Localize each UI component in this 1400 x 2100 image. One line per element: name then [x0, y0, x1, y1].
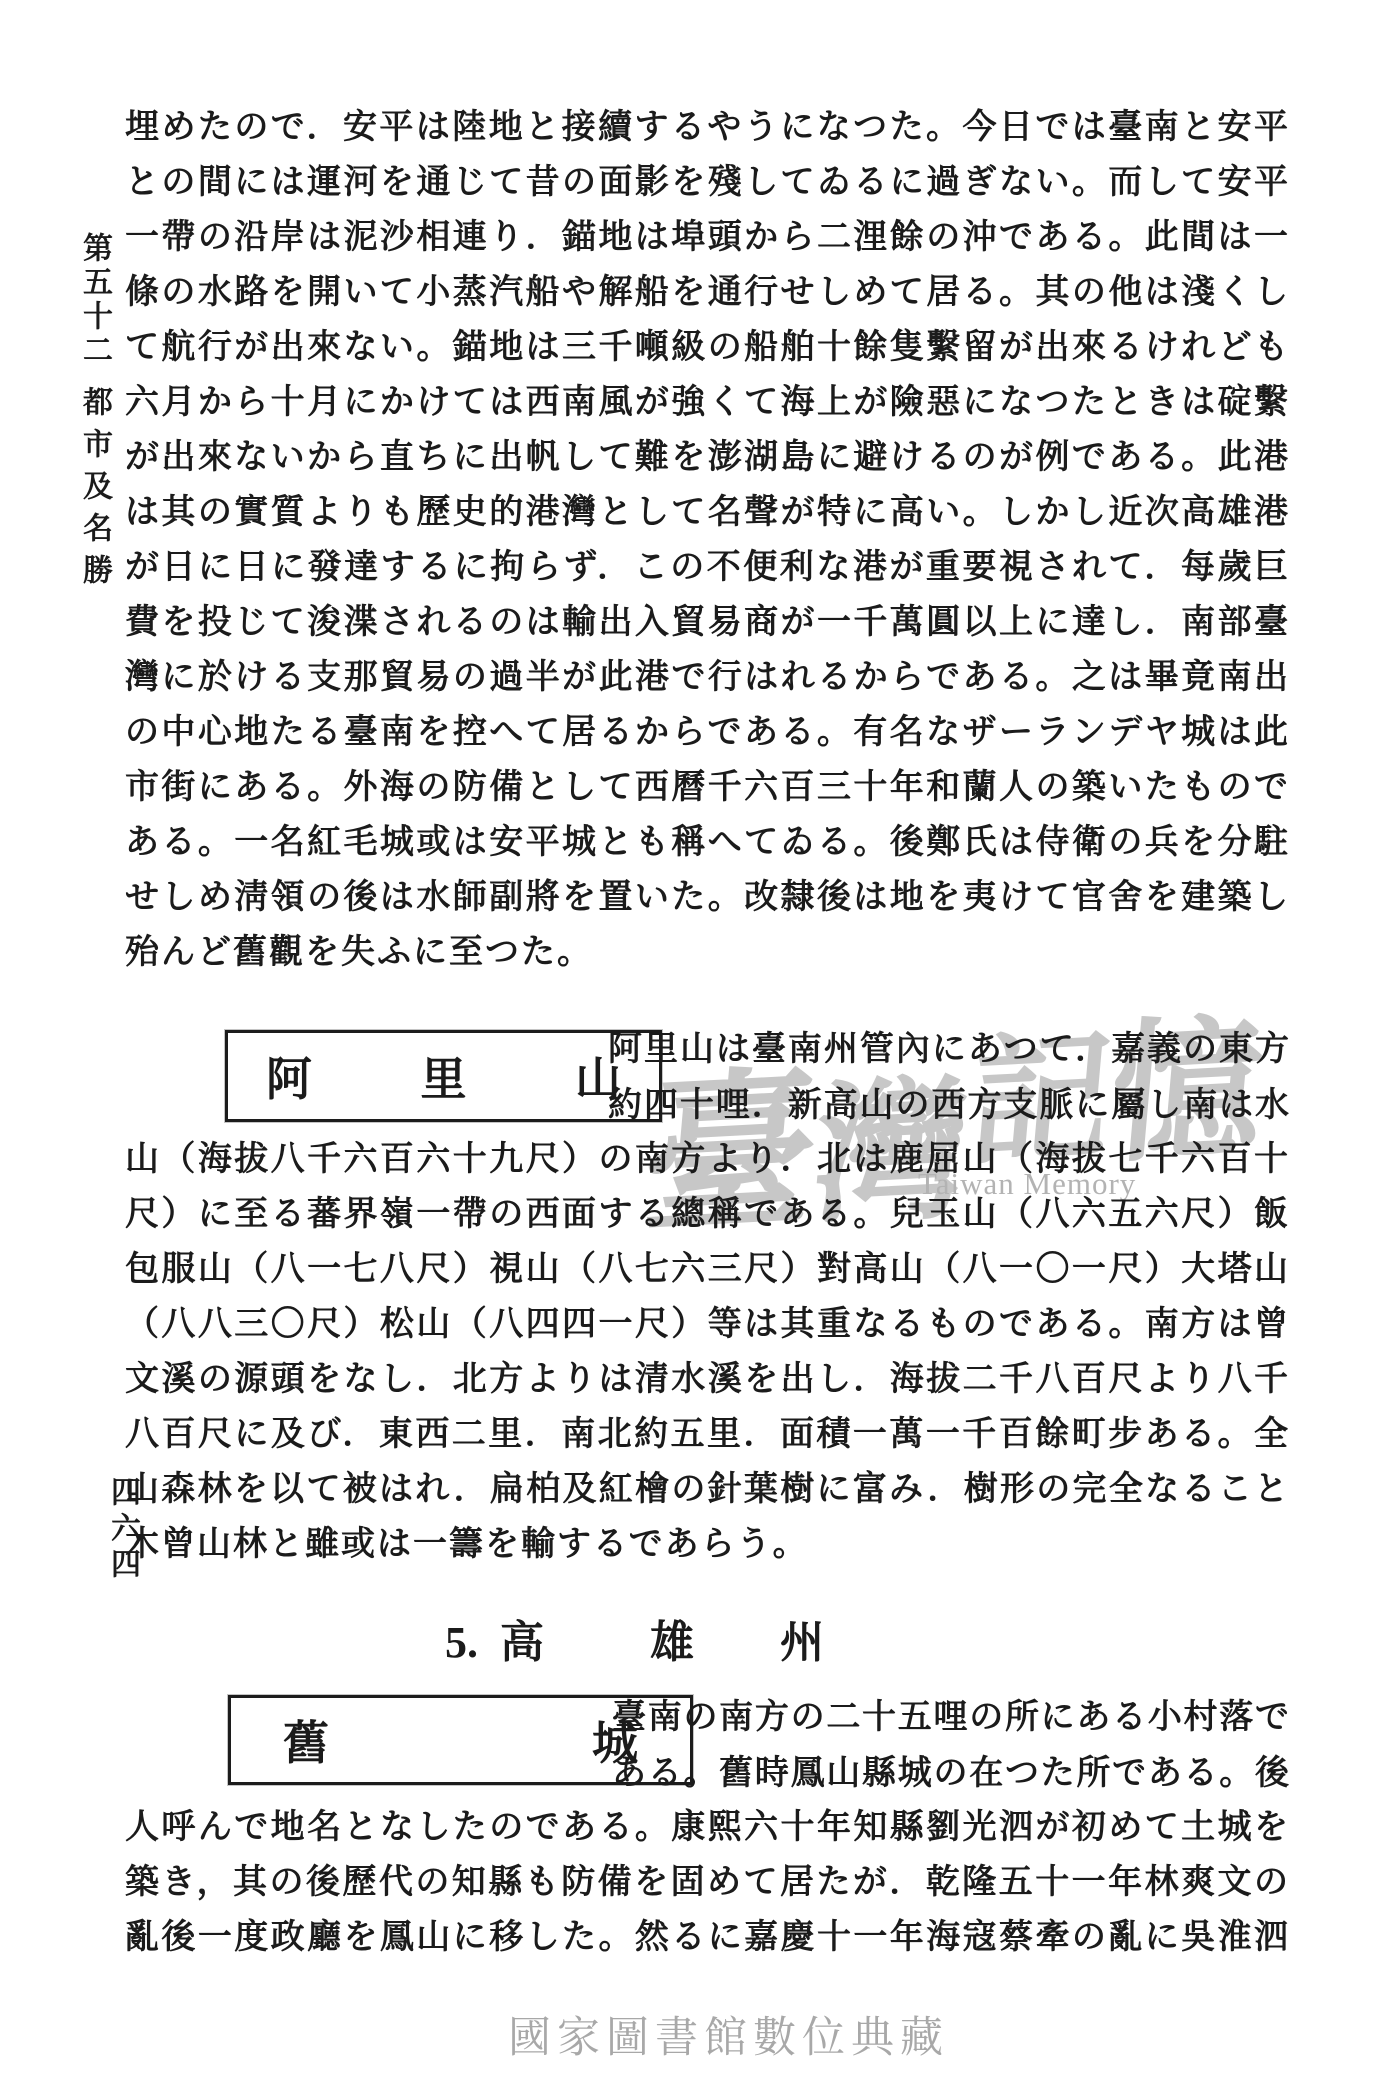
margin-chapter-label: 第五十二 [72, 232, 116, 368]
text-line: せしめ淸領の後は水師副將を置いた。改隸後は地を夷けて官舍を建築し [125, 870, 1290, 925]
text-line: が出來ないから直ちに出帆して難を澎湖島に避けるのが例である。此港 [125, 430, 1290, 485]
text-line: 約四十哩．新高山の西方支脈に屬し南は水 [608, 1078, 1290, 1134]
text-line: 灣に於ける支那貿易の過半が此港で行はれるからである。之は畢竟南出 [125, 650, 1290, 705]
text-line: 阿里山は臺南州管內にあつて．嘉義の東方 [608, 1022, 1290, 1078]
text-line: 築き，其の後歷代の知縣も防備を固めて居たが．乾隆五十一年林爽文の [125, 1855, 1290, 1910]
text-line: 文溪の源頭をなし．北方よりは清水溪を出し．海拔二千八百尺より八千 [125, 1352, 1290, 1407]
section-number: 5. [445, 1617, 478, 1668]
text-line: 殆んど舊觀を失ふに至つた。 [125, 925, 1290, 980]
entry-box-char: 舊 [283, 1707, 329, 1773]
text-line: 包服山（八一七八尺）視山（八七六三尺）對高山（八一〇一尺）大塔山 [125, 1242, 1290, 1297]
text-line: 六月から十月にかけては西南風が強くて海上が險惡になつたときは碇繫 [125, 375, 1290, 430]
text-line: 木曾山林と雖或は一籌を輸するであらう。 [125, 1517, 1290, 1572]
text-line: 人呼んで地名となしたのである。康熙六十年知縣劉光泗が初めて土城を [125, 1800, 1290, 1855]
text-line: 一帶の沿岸は泥沙相連り．錨地は埠頭から二浬餘の沖である。此間は一 [125, 210, 1290, 265]
paragraph-kyujo-side: 臺南の南方の二十五哩の所にある小村落である。舊時鳳山縣城の在つた所である。後 [612, 1690, 1290, 1802]
text-line: 費を投じて浚渫されるのは輸出入貿易商が一千萬圓以上に達し．南部臺 [125, 595, 1290, 650]
text-line: 山森林を以て被はれ．扁柏及紅檜の針葉樹に富み．樹形の完全なること [125, 1462, 1290, 1517]
text-line: 尺）に至る蕃界嶺一帶の西面する總稱である。兒玉山（八六五六尺）飯 [125, 1187, 1290, 1242]
text-line: 臺南の南方の二十五哩の所にある小村落で [612, 1690, 1290, 1746]
entry-box-alishan: 阿 里 山 [225, 1030, 662, 1122]
text-line: ある。舊時鳳山縣城の在つた所である。後 [612, 1746, 1290, 1802]
section-heading-takao: 5. 高 雄 州 [445, 1606, 824, 1670]
scanned-book-page: 第五十二 都市及名勝 四六四 埋めたので．安平は陸地と接續するやうになつた。今日… [0, 0, 1400, 2100]
text-line: との間には運河を通じて昔の面影を殘してゐるに過ぎない。而して安平 [125, 155, 1290, 210]
text-line: の中心地たる臺南を控へて居るからである。有名なザーランデヤ城は此 [125, 705, 1290, 760]
margin-section-label: 都市及名勝 [72, 386, 116, 596]
text-line: て航行が出來ない。錨地は三千噸級の船舶十餘隻繫留が出來るけれども [125, 320, 1290, 375]
text-line: ある。一名紅毛城或は安平城とも稱へてゐる。後鄭氏は侍衛の兵を分駐 [125, 815, 1290, 870]
text-line: 亂後一度政廳を鳳山に移した。然るに嘉慶十一年海寇蔡牽の亂に吳淮泗 [125, 1910, 1290, 1965]
text-line: 條の水路を開いて小蒸汽船や解船を通行せしめて居る。其の他は淺くし [125, 265, 1290, 320]
paragraph-anping: 埋めたので．安平は陸地と接續するやうになつた。今日では臺南と安平との間には運河を… [125, 100, 1290, 980]
text-line: は其の實質よりも歷史的港灣として名聲が特に高い。しかし近次高雄港 [125, 485, 1290, 540]
entry-box-char: 里 [421, 1043, 467, 1109]
text-line: 市街にある。外海の防備として西曆千六百三十年和蘭人の築いたもので [125, 760, 1290, 815]
paragraph-kyujo-body: 人呼んで地名となしたのである。康熙六十年知縣劉光泗が初めて土城を築き，其の後歷代… [125, 1800, 1290, 1965]
text-line: （八八三〇尺）松山（八四四一尺）等は其重なるものである。南方は曾 [125, 1297, 1290, 1352]
section-title-char: 雄 [650, 1606, 694, 1670]
section-title-char: 州 [780, 1606, 824, 1670]
text-line: 埋めたので．安平は陸地と接續するやうになつた。今日では臺南と安平 [125, 100, 1290, 155]
text-line: 八百尺に及び．東西二里．南北約五里．面積一萬一千百餘町步ある。全 [125, 1407, 1290, 1462]
paragraph-alishan-body: 山（海拔八千六百六十九尺）の南方より．北は鹿屈山（海拔七千六百十尺）に至る蕃界嶺… [125, 1132, 1290, 1572]
text-line: が日に日に發達するに拘らず．この不便利な港が重要視されて．每歲巨 [125, 540, 1290, 595]
paragraph-alishan-side: 阿里山は臺南州管內にあつて．嘉義の東方約四十哩．新高山の西方支脈に屬し南は水 [608, 1022, 1290, 1134]
watermark-national-library: 國家圖書館數位典藏 [508, 2004, 949, 2065]
section-title-char: 高 [500, 1606, 544, 1670]
text-line: 山（海拔八千六百六十九尺）の南方より．北は鹿屈山（海拔七千六百十 [125, 1132, 1290, 1187]
entry-box-char: 阿 [266, 1043, 312, 1109]
